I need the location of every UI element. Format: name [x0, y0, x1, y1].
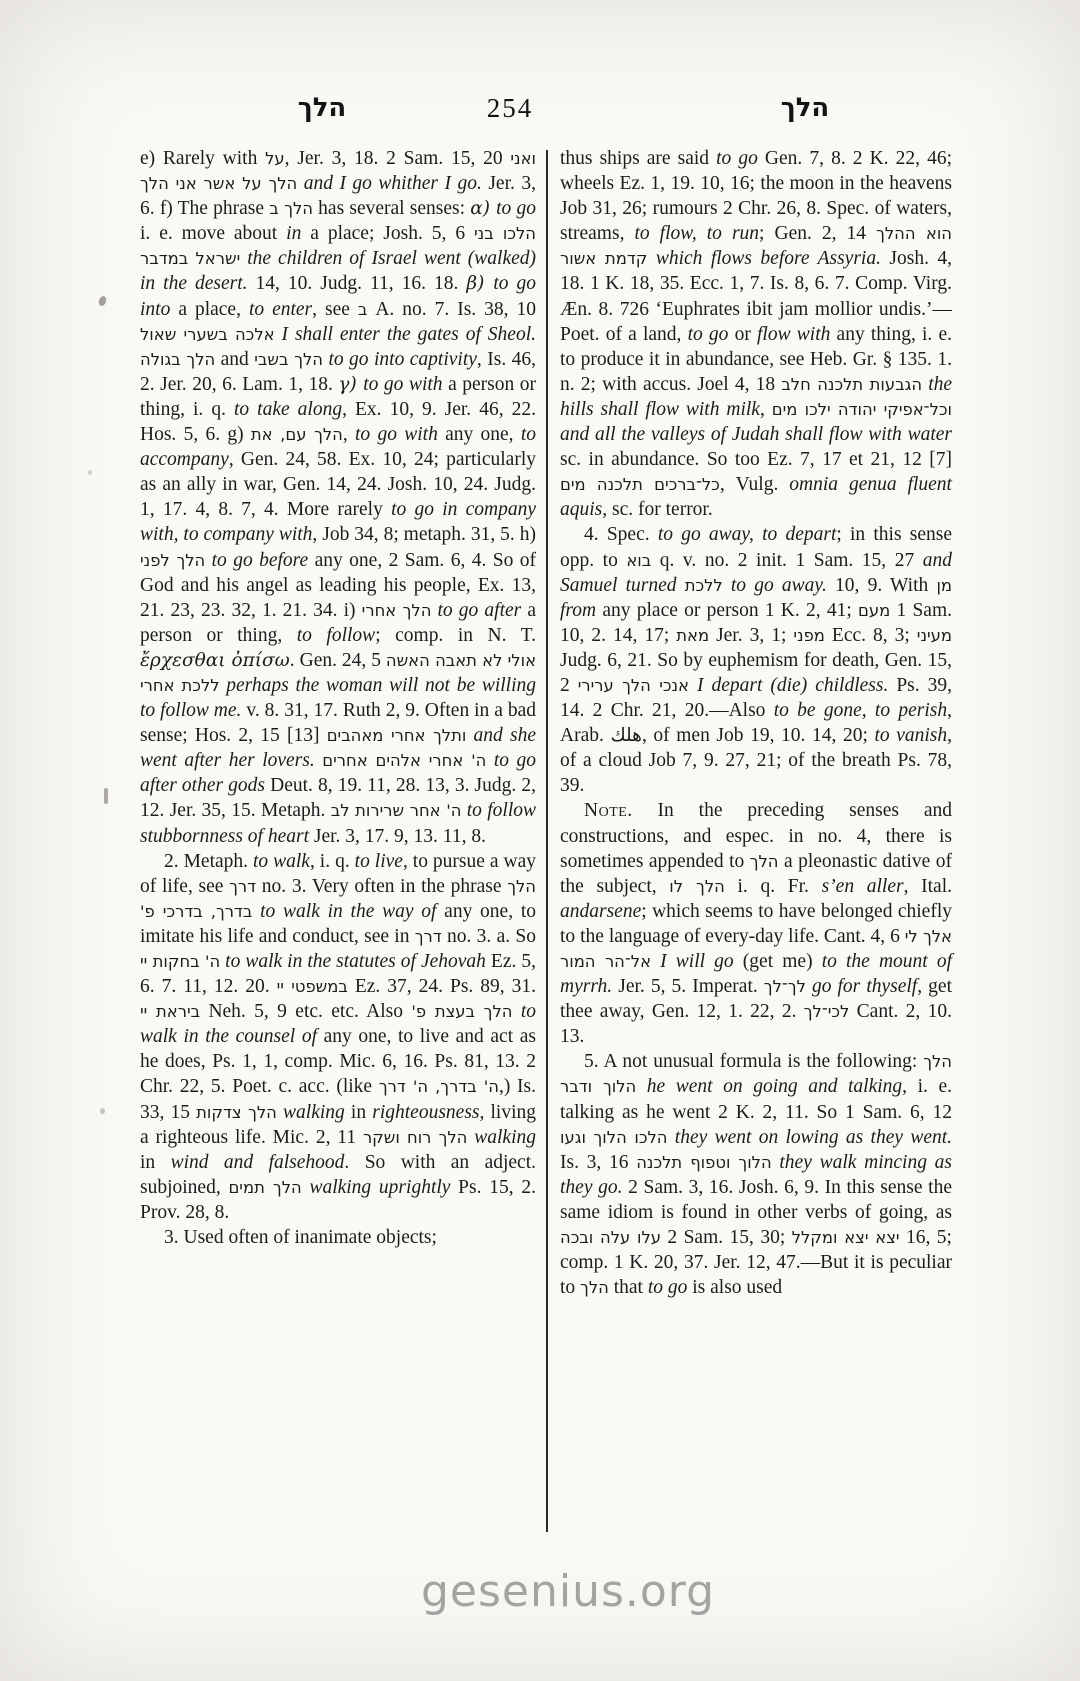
italic-text-run: to go away. [731, 575, 827, 596]
text-run: has several senses: [313, 198, 470, 219]
italic-text-run: to walk in the way of [260, 901, 436, 922]
text-run [651, 951, 660, 972]
italic-text-run: to walk in the statutes of Jehovah [225, 951, 486, 972]
text-run: Neh. 5, 9 etc. etc. Also [200, 1001, 411, 1022]
hebrew-text: הלך תמים [228, 1178, 301, 1197]
text-run [252, 901, 260, 922]
hebrew-text: הלך לפני [140, 551, 205, 570]
running-head-keyword-left: הלך [298, 92, 347, 124]
scan-speck [100, 1108, 105, 1114]
hebrew-text: הלך בעצת פ' [411, 1002, 512, 1021]
text-run: , Jer. 3, 18. 2 Sam. 15, 20 [285, 148, 511, 169]
hebrew-text: דרך [229, 877, 256, 896]
hebrew-text: ללכת [685, 576, 723, 595]
hebrew-text: ה' בדרך, ה' דרך [379, 1077, 499, 1096]
hebrew-text: וכל־אפיקי יהודה ילכו מים [772, 400, 952, 419]
text-run: Jer. 3, 1; [709, 625, 793, 646]
hebrew-text: לכי־לך [804, 1002, 850, 1021]
hebrew-text: מן [936, 576, 952, 595]
smallcaps-text: Note. [584, 800, 633, 821]
italic-text-run: to go with [355, 424, 438, 445]
italic-text-run: go for thyself [812, 976, 917, 997]
paragraph: 4. Spec. to go away, to depart; in this … [560, 522, 952, 798]
page-number: 254 [487, 92, 534, 124]
hebrew-text: ותלך אחרי מאהבים [327, 726, 467, 745]
italic-text-run: which flows before Assyria. [656, 248, 881, 269]
text-run: 4. Spec. [584, 524, 658, 545]
italic-text-run: he went on going and talking [647, 1076, 902, 1097]
italic-text-run: and all the valleys of Judah shall flow … [560, 424, 952, 445]
text-run: , Ital. [904, 876, 952, 897]
text-run: no. 3. a. So [442, 926, 536, 947]
text-run: , see [312, 299, 358, 320]
text-run [667, 1127, 674, 1148]
text-run: is also used [687, 1277, 782, 1298]
hebrew-text: הלך [580, 1278, 609, 1297]
hebrew-text: בוא [626, 551, 651, 570]
italic-text-run: to be gone, to perish [774, 700, 947, 721]
text-run: A. no. 7. Is. 38, 10 [367, 299, 536, 320]
italic-text-run: and I go whither I go. [297, 173, 482, 194]
text-run: , Job 34, 8; metaph. 31, 5. h) [312, 524, 536, 545]
text-run: e) Rarely with [140, 148, 265, 169]
hebrew-text: לך־לך [764, 977, 806, 996]
text-run: , Vulg. [720, 474, 789, 495]
italic-text-run: righteousness [372, 1102, 479, 1123]
italic-text-run: from [560, 600, 596, 621]
hebrew-text: הלך [750, 852, 779, 871]
italic-text-run: in [286, 223, 301, 244]
text-run [512, 1001, 520, 1022]
text-run: 2. Metaph. [164, 851, 253, 872]
text-run [486, 750, 494, 771]
greek-text: ἔρχεσθαι ὀπίσω [140, 650, 290, 671]
text-run [677, 575, 685, 596]
italic-text-run: they went on lowing as they went. [675, 1127, 952, 1148]
italic-text-run: to go before [212, 550, 309, 571]
hebrew-text: הלך ב [269, 199, 313, 218]
italic-text-run: to go after [438, 600, 522, 621]
italic-text-run: to go away, to depart [658, 524, 837, 545]
hebrew-text: על [265, 149, 285, 168]
hebrew-text: ה' בחקות יי [140, 952, 220, 971]
text-run: in [140, 1152, 171, 1173]
greek-text: γ) [338, 374, 363, 395]
text-run: , of men Job 19, 10. 14, 20; [642, 725, 875, 746]
scan-speck [104, 788, 108, 804]
text-run: a place, [170, 299, 249, 320]
column-left: e) Rarely with על, Jer. 3, 18. 2 Sam. 15… [140, 146, 536, 1250]
italic-text-run: flow with [757, 324, 830, 345]
italic-text-run: to enter [249, 299, 312, 320]
italic-text-run: to go [688, 324, 729, 345]
text-run [689, 675, 697, 696]
hebrew-text: במשפטי יי [277, 977, 348, 996]
scan-speck [98, 295, 108, 307]
italic-text-run: to go with [363, 374, 442, 395]
text-run: (get me) [734, 951, 822, 972]
scanned-lexicon-page: הלך 254 הלך e) Rarely with על, Jer. 3, 1… [0, 0, 1080, 1681]
text-run: q. v. no. 2 init. 1 Sam. 15, 27 [651, 550, 923, 571]
hebrew-text: יצא יצא ומקלל [792, 1228, 900, 1247]
paragraph: thus ships are said to go Gen. 7, 8. 2 K… [560, 146, 952, 522]
column-right: thus ships are said to go Gen. 7, 8. 2 K… [560, 146, 952, 1300]
hebrew-text: הלך רוח ושקר [363, 1128, 467, 1147]
italic-text-run: to go [496, 198, 536, 219]
hebrew-text: אנכי הלך ערירי [578, 676, 689, 695]
hebrew-text: עלו עלה ובכה [560, 1228, 661, 1247]
hebrew-text: הגבעות תלכנה חלב [781, 375, 922, 394]
italic-text-run: I will go [660, 951, 734, 972]
text-run: and [215, 349, 254, 370]
hebrew-text: כל־ברכים תלכנה מים [560, 475, 720, 494]
italic-text-run: to go [648, 1277, 688, 1298]
text-run: Jer. 3, 17. 9, 13. 11, 8. [309, 826, 486, 847]
italic-text-run: wind and falsehood [171, 1152, 345, 1173]
text-run: a place; Josh. 5, 6 [301, 223, 474, 244]
hebrew-text: הלך בגולה [140, 350, 215, 369]
text-run: any place or person 1 K. 2, 41; [596, 600, 858, 621]
paragraph: e) Rarely with על, Jer. 3, 18. 2 Sam. 15… [140, 146, 536, 849]
italic-text-run: walking [283, 1102, 345, 1123]
text-run: , [343, 424, 355, 445]
text-run: in [345, 1102, 372, 1123]
italic-text-run: andarsene [560, 901, 641, 922]
text-run: , sc. for terror. [602, 499, 712, 520]
hebrew-text: מעיני [917, 626, 952, 645]
text-run: Is. 3, 16 [560, 1152, 636, 1173]
italic-text-run: to follow [297, 625, 375, 646]
italic-text-run: walking uprightly [309, 1177, 450, 1198]
hebrew-text: הלך עם, את [251, 425, 343, 444]
hebrew-text: ה' אחרי אלהים אחרים [322, 751, 486, 770]
paragraph: 5. A not unusual formula is the followin… [560, 1049, 952, 1300]
italic-text-run: I depart (die) childless. [697, 675, 888, 696]
text-run: i. e. move about [140, 223, 286, 244]
italic-text-run: I shall enter the gates of Sheol. [275, 324, 536, 345]
italic-text-run: s’en aller [822, 876, 904, 897]
text-run: thus ships are said [560, 148, 716, 169]
text-run: ; comp. in N. T. [375, 625, 536, 646]
paragraph: 2. Metaph. to walk, i. q. to live, to pu… [140, 849, 536, 1225]
hebrew-text: מעם [858, 601, 890, 620]
italic-text-run: to go [716, 148, 758, 169]
text-run [723, 575, 731, 596]
italic-text-run: walking [474, 1127, 536, 1148]
italic-text-run: to walk [253, 851, 310, 872]
hebrew-text: הלכו הלוך וגעו [560, 1128, 667, 1147]
text-run: Ecc. 8, 3; [825, 625, 917, 646]
hebrew-text: דרך [415, 927, 442, 946]
text-run [647, 248, 655, 269]
text-run [636, 1076, 647, 1097]
hebrew-text: ביראת יי [140, 1002, 200, 1021]
text-run: any one, [438, 424, 521, 445]
greek-text: α) [470, 198, 496, 219]
hebrew-text: מאת [676, 626, 709, 645]
text-run: 5. A not unusual formula is the followin… [584, 1051, 923, 1072]
hebrew-text: הלוך וטפוף תלכנה [636, 1153, 771, 1172]
hebrew-text: אלכה בשערי שאול [140, 325, 275, 344]
hebrew-text: ה' אחר שרירות לב [331, 801, 462, 820]
paragraph: 3. Used often of inanimate objects; [140, 1225, 536, 1250]
text-run: or [728, 324, 757, 345]
hebrew-text: הלך צדקות [196, 1103, 277, 1122]
text-run: 3. Used often of inanimate objects; [164, 1227, 437, 1248]
text-run: 10, 9. With [827, 575, 937, 596]
text-run: i. q. Fr. [725, 876, 822, 897]
paragraph: Note. In the preceding senses and constr… [560, 798, 952, 1049]
hebrew-text: הלך לו [669, 877, 725, 896]
text-run: . Gen. 24, 5 [290, 650, 386, 671]
text-run: that [609, 1277, 648, 1298]
scan-speck [88, 470, 92, 475]
watermark: gesenius.org [421, 1566, 715, 1618]
text-run: , [760, 399, 772, 420]
hebrew-text: ב [358, 300, 367, 319]
hebrew-text: מפני [793, 626, 825, 645]
italic-text-run: to vanish [874, 725, 947, 746]
text-run: Jer. 5, 5. Imperat. [612, 976, 764, 997]
text-run: , i. q. [310, 851, 355, 872]
text-run: ; Gen. 2, 14 [759, 223, 876, 244]
arabic-text: هلك [610, 725, 642, 746]
running-head-keyword-right: הלך [781, 92, 830, 124]
column-divider-rule [546, 150, 548, 1532]
italic-text-run: to live [355, 851, 403, 872]
text-run: no. 3. Very often in the phrase [256, 876, 507, 897]
greek-text: β) [466, 273, 493, 294]
italic-text-run: to go into captivity [328, 349, 476, 370]
text-run: 2 Sam. 15, 30; [661, 1227, 792, 1248]
hebrew-text: הלך בשבי [254, 350, 323, 369]
text-run: 14, 10. Judg. 11, 16. 18. [248, 273, 467, 294]
text-run: sc. in abundance. So too Ez. 7, 17 et 21… [560, 449, 952, 470]
hebrew-text: הלך אחרי [362, 601, 432, 620]
italic-text-run: to take along [234, 399, 342, 420]
text-run: Ez. 37, 24. Ps. 89, 31. [348, 976, 536, 997]
italic-text-run: to flow, to run [634, 223, 759, 244]
